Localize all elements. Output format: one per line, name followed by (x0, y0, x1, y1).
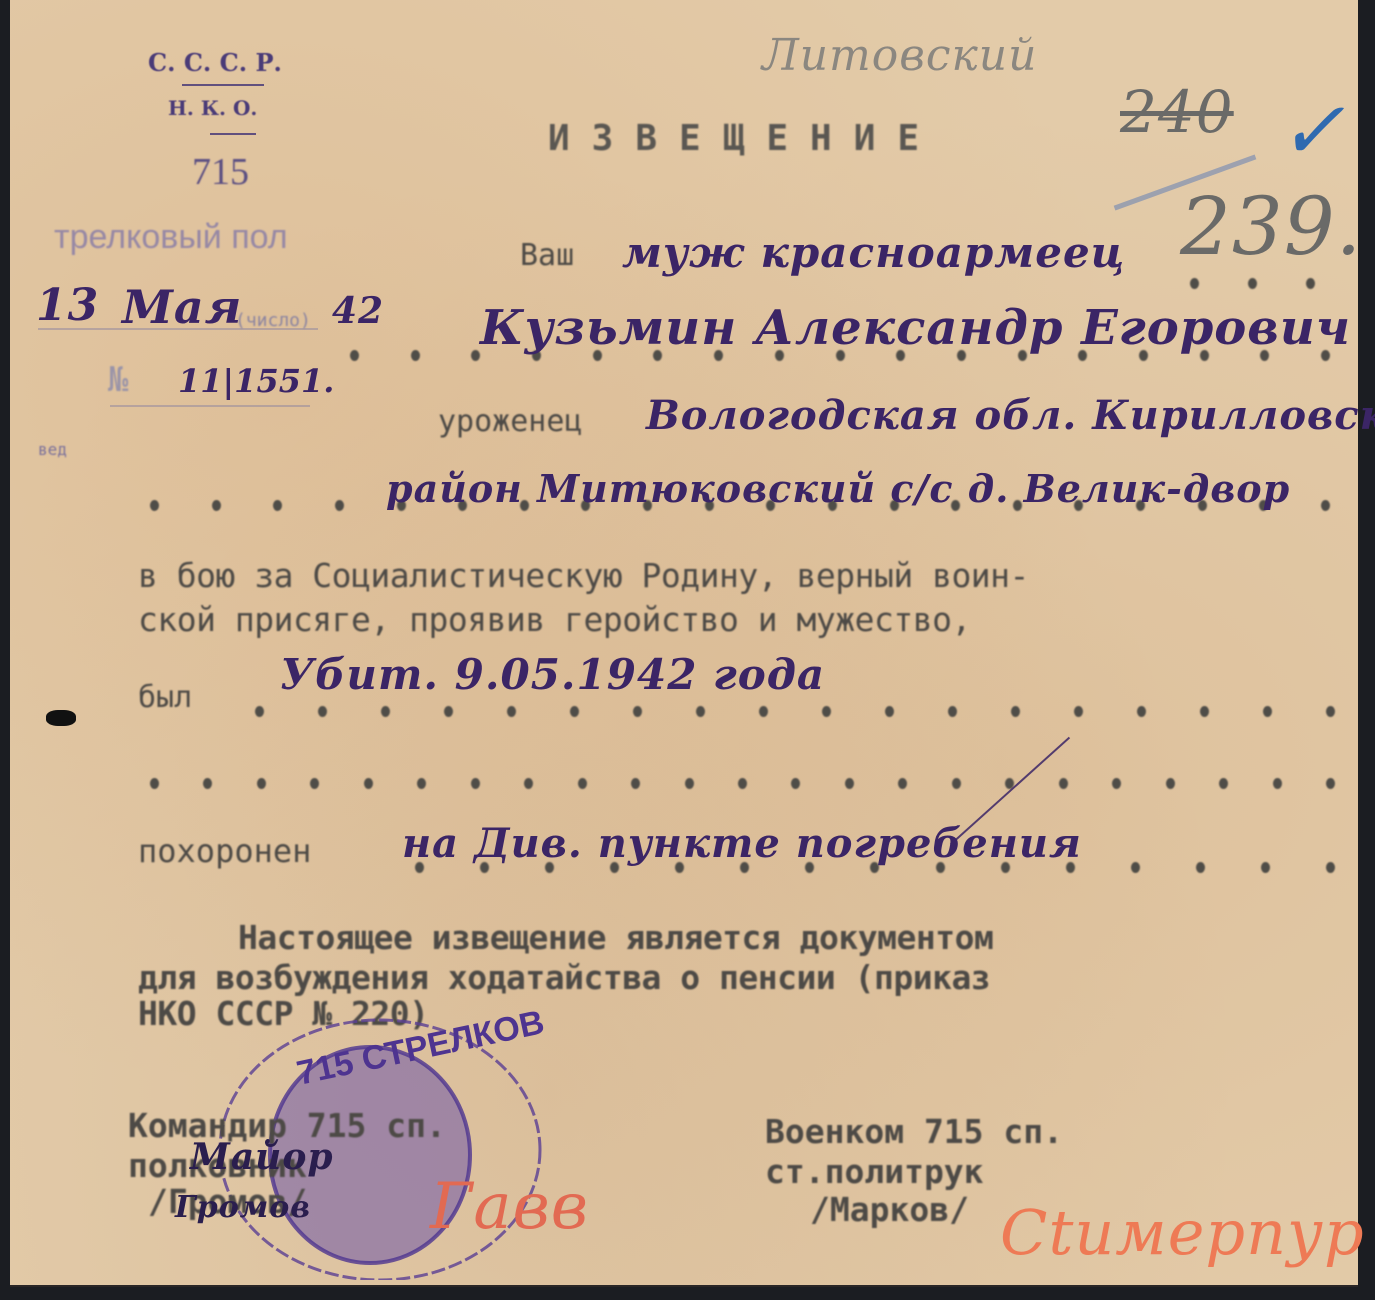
commissar-line-2: ст.политрук (765, 1152, 984, 1191)
handwritten-month: Мая (122, 280, 242, 334)
commissar-signature: Сtuмерпур (1000, 1196, 1365, 1269)
dots-line-5 (150, 778, 1335, 789)
soldier-name: Кузьмин Александр Егорович (480, 300, 1351, 356)
burial-place: на Див. пункте погребения (402, 820, 1082, 867)
check-mark-icon: ✓ (1278, 84, 1346, 177)
punch-hole (46, 710, 76, 726)
commissar-line-1: Военком 715 сп. (765, 1112, 1063, 1151)
small-label: вед (38, 440, 67, 459)
notice-document: С. С. С. Р. Н. К. О. 715 трелковый пол 1… (10, 0, 1358, 1287)
pencil-surname: Литовский (762, 30, 1037, 81)
stamp-nko: Н. К. О. (168, 96, 257, 120)
number-label: № (108, 360, 128, 400)
your-label: Ваш (520, 238, 574, 273)
fate-value: Убит. 9.05.1942 года (280, 650, 825, 699)
handwritten-day: 13 (36, 280, 99, 331)
commissar-name: /Марков/ (810, 1190, 969, 1229)
dots-line-1 (1190, 278, 1315, 289)
document-title: ИЗВЕЩЕНИЕ (548, 118, 941, 159)
stamp-rule-2 (210, 133, 256, 135)
relation-value: муж красноармеец (622, 228, 1125, 277)
body-line-2: ской присяге, проявив геройство и мужест… (138, 600, 971, 639)
handwritten-year: 42 (332, 290, 384, 332)
regiment-type: трелковый пол (54, 218, 288, 257)
number-underline (110, 405, 310, 407)
crossed-number: 240 (1120, 78, 1234, 146)
body-line-1: в бою за Социалистическую Родину, верный… (138, 556, 1029, 595)
commander-hand-name: Громов (175, 1190, 311, 1225)
buried-label: похоронен (138, 832, 311, 870)
notice-line-1: Настоящее извещение является документом (238, 918, 993, 957)
notice-line-2: для возбуждения ходатайства о пенсии (пр… (138, 958, 990, 997)
was-label: был (138, 680, 192, 715)
new-number: 239. (1180, 180, 1362, 273)
stamp-ussr: С. С. С. Р. (148, 48, 282, 77)
handwritten-number: 11|1551. (178, 362, 334, 400)
native-label: уроженец (438, 404, 583, 439)
dots-line-4 (255, 706, 1335, 717)
commander-signature: Гавв (430, 1170, 589, 1244)
commander-hand-rank: Майор (190, 1136, 334, 1178)
native-place-line-2: район Митюковский с/с д. Велик-двор (386, 466, 1290, 511)
regiment-number: 715 (192, 150, 249, 194)
stamp-rule-1 (182, 84, 264, 86)
native-place: Вологодская обл. Кирилловский (646, 392, 1375, 439)
date-underline (38, 328, 318, 330)
